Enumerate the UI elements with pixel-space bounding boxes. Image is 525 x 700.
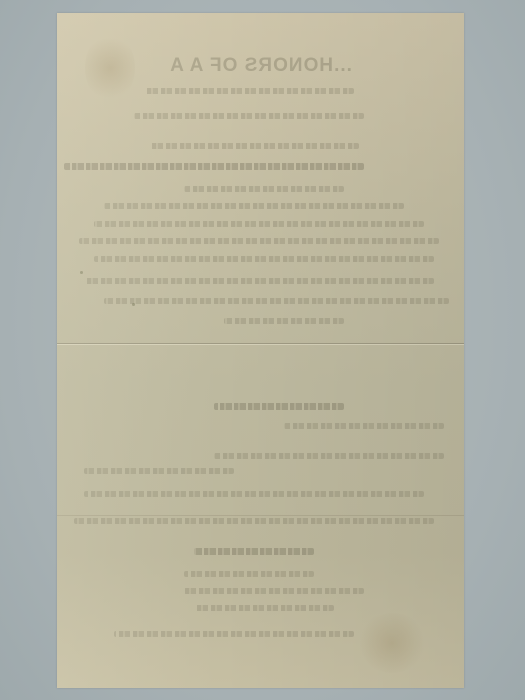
bleed-line [104,298,449,304]
fold-crease [57,343,464,344]
bleed-line [84,468,234,474]
bleed-line [104,203,404,209]
bleed-line [194,548,314,555]
bleed-line [194,605,334,611]
bleed-line [134,113,364,119]
paper-sheet: ...HONORS OF A A [57,13,464,688]
bleed-line [184,186,344,192]
bleed-line [74,518,434,524]
bleed-line [184,571,314,577]
fold-crease-faint [57,515,464,516]
bleed-line [84,491,424,497]
bleed-line [84,278,434,284]
speck [132,303,135,306]
bleed-line [214,403,344,410]
bleed-line [144,88,354,94]
bleed-line [184,588,364,594]
bleed-line [94,221,424,227]
bleed-line [224,318,344,324]
bleed-through-text: ...HONORS OF A A [57,13,464,688]
bleed-line [64,163,364,170]
bleed-line [149,143,359,149]
bleed-line [79,238,439,244]
bleed-line [94,256,434,262]
bleed-line [214,453,444,459]
bleed-line [284,423,444,429]
bleed-line [114,631,354,637]
mirrored-heading: ...HONORS OF A A [57,55,464,77]
speck [80,271,83,274]
